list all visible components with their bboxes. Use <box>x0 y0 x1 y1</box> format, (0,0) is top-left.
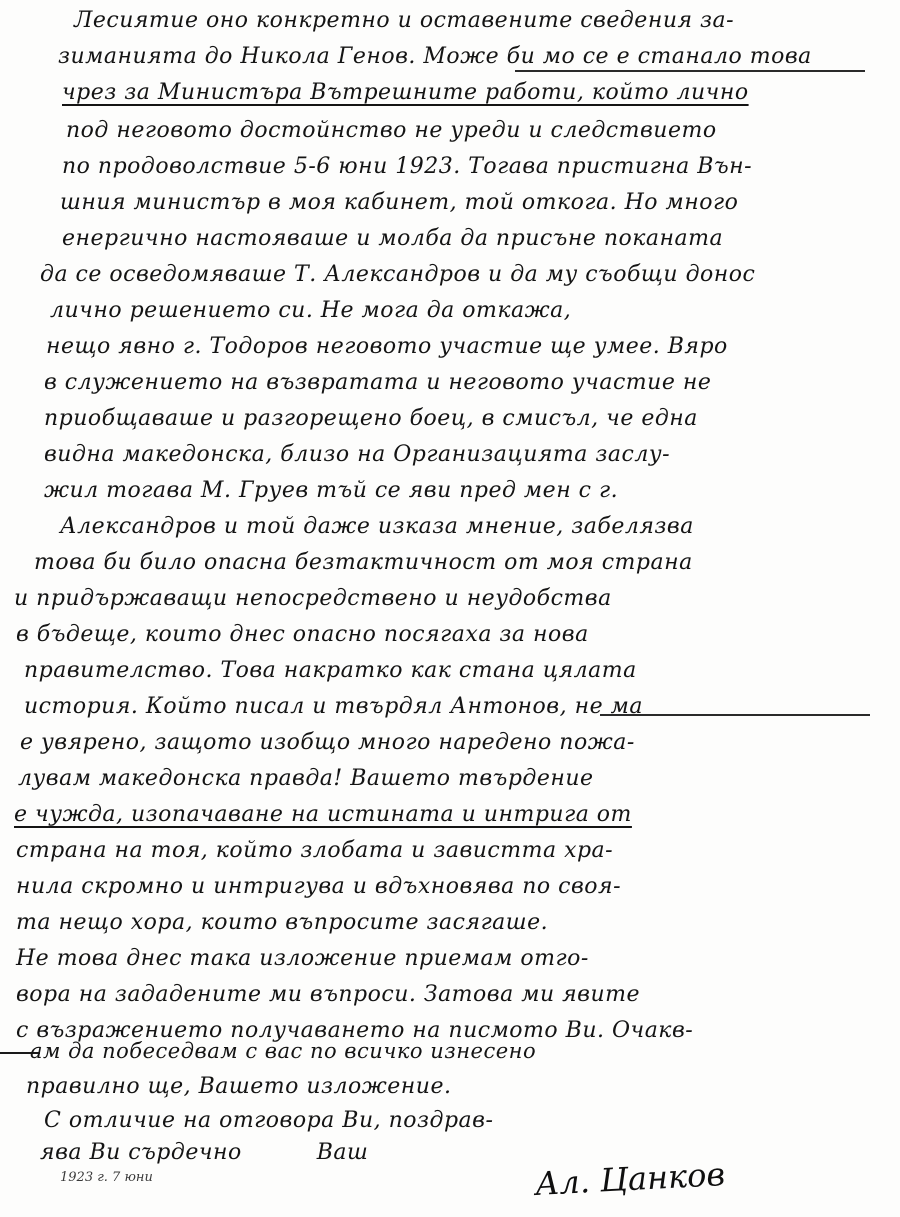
letter-line-31: правилно ще, Вашето изложение. <box>26 1074 451 1100</box>
underline-rule <box>515 70 865 72</box>
letter-line-2: зиманията до Никола Генов. Може би мо се… <box>58 44 812 70</box>
letter-line-3: чрез за Министъра Вътрешните работи, кой… <box>62 80 749 106</box>
letter-line-14: жил тогава М. Груев тъй се яви пред мен … <box>44 478 618 504</box>
letter-line-13: видна македонска, близо на Организацията… <box>44 442 670 468</box>
letter-line-22: лувам македонска правда! Вашето твърдени… <box>18 766 594 792</box>
letter-line-20: история. Който писал и твърдял Антонов, … <box>24 694 643 720</box>
letter-line-8: да се осведомяваше Т. Александров и да м… <box>40 262 755 288</box>
letter-line-9: лично решението си. Не мога да откажа, <box>50 298 571 324</box>
letter-line-19: правителство. Това накратко как стана ця… <box>24 658 637 684</box>
letter-line-11: в служението на възвратата и неговото уч… <box>44 370 711 396</box>
letter-line-15: Александров и той даже изказа мнение, за… <box>60 514 694 540</box>
letter-page: Лесиятие оно конкретно и оставените свед… <box>0 0 900 1217</box>
letter-line-28: вора на зададените ми въпроси. Затова ми… <box>16 982 640 1008</box>
letter-line-27: Не това днес така изложение приемам отго… <box>16 946 589 972</box>
letter-line-24: страна на тоя, който злобата и завистта … <box>16 838 613 864</box>
letter-line-17: и придържаващи непосредствено и неудобст… <box>14 586 612 612</box>
letter-line-30: ам да побеседвам с вас по всичко изнесен… <box>30 1038 536 1064</box>
letter-line-1: Лесиятие оно конкретно и оставените свед… <box>74 8 734 34</box>
letter-line-7: енергично настояваше и молба да присъне … <box>62 226 723 252</box>
signature: Ал. Цанков <box>534 1155 726 1203</box>
marginal-date-note: 1923 г. 7 юни <box>60 1170 153 1185</box>
letter-line-10: нещо явно г. Тодоров неговото участие ще… <box>46 334 728 360</box>
letter-line-25: нила скромно и интригува и вдъхновява по… <box>16 874 621 900</box>
line-2-text: зиманията до Никола Генов. Може би мо се… <box>58 44 812 69</box>
line-23-text: е чужда, изопачаване на истината и интри… <box>14 802 632 827</box>
letter-line-18: в бъдеще, които днес опасно посягаха за … <box>16 622 589 648</box>
letter-line-5: по продоволствие 5-6 юни 1923. Тогава пр… <box>62 154 752 180</box>
letter-line-33: ява Ви сърдечно Ваш <box>40 1140 368 1166</box>
letter-line-6: шния министър в моя кабинет, той откога.… <box>60 190 738 216</box>
underline-rule <box>600 714 870 716</box>
letter-line-32: С отличие на отговора Ви, поздрав- <box>44 1108 493 1134</box>
letter-line-12: приобщаваше и разгорещено боец, в смисъл… <box>44 406 698 432</box>
letter-line-21: е увярено, защото изобщо много наредено … <box>20 730 635 756</box>
letter-line-26: та нещо хора, които въпросите засягаше. <box>16 910 548 936</box>
letter-line-4: под неговото достойнство не уреди и след… <box>66 118 717 144</box>
letter-line-16: това би било опасна безтактичност от моя… <box>34 550 693 576</box>
letter-line-23: е чужда, изопачаване на истината и интри… <box>14 802 632 828</box>
